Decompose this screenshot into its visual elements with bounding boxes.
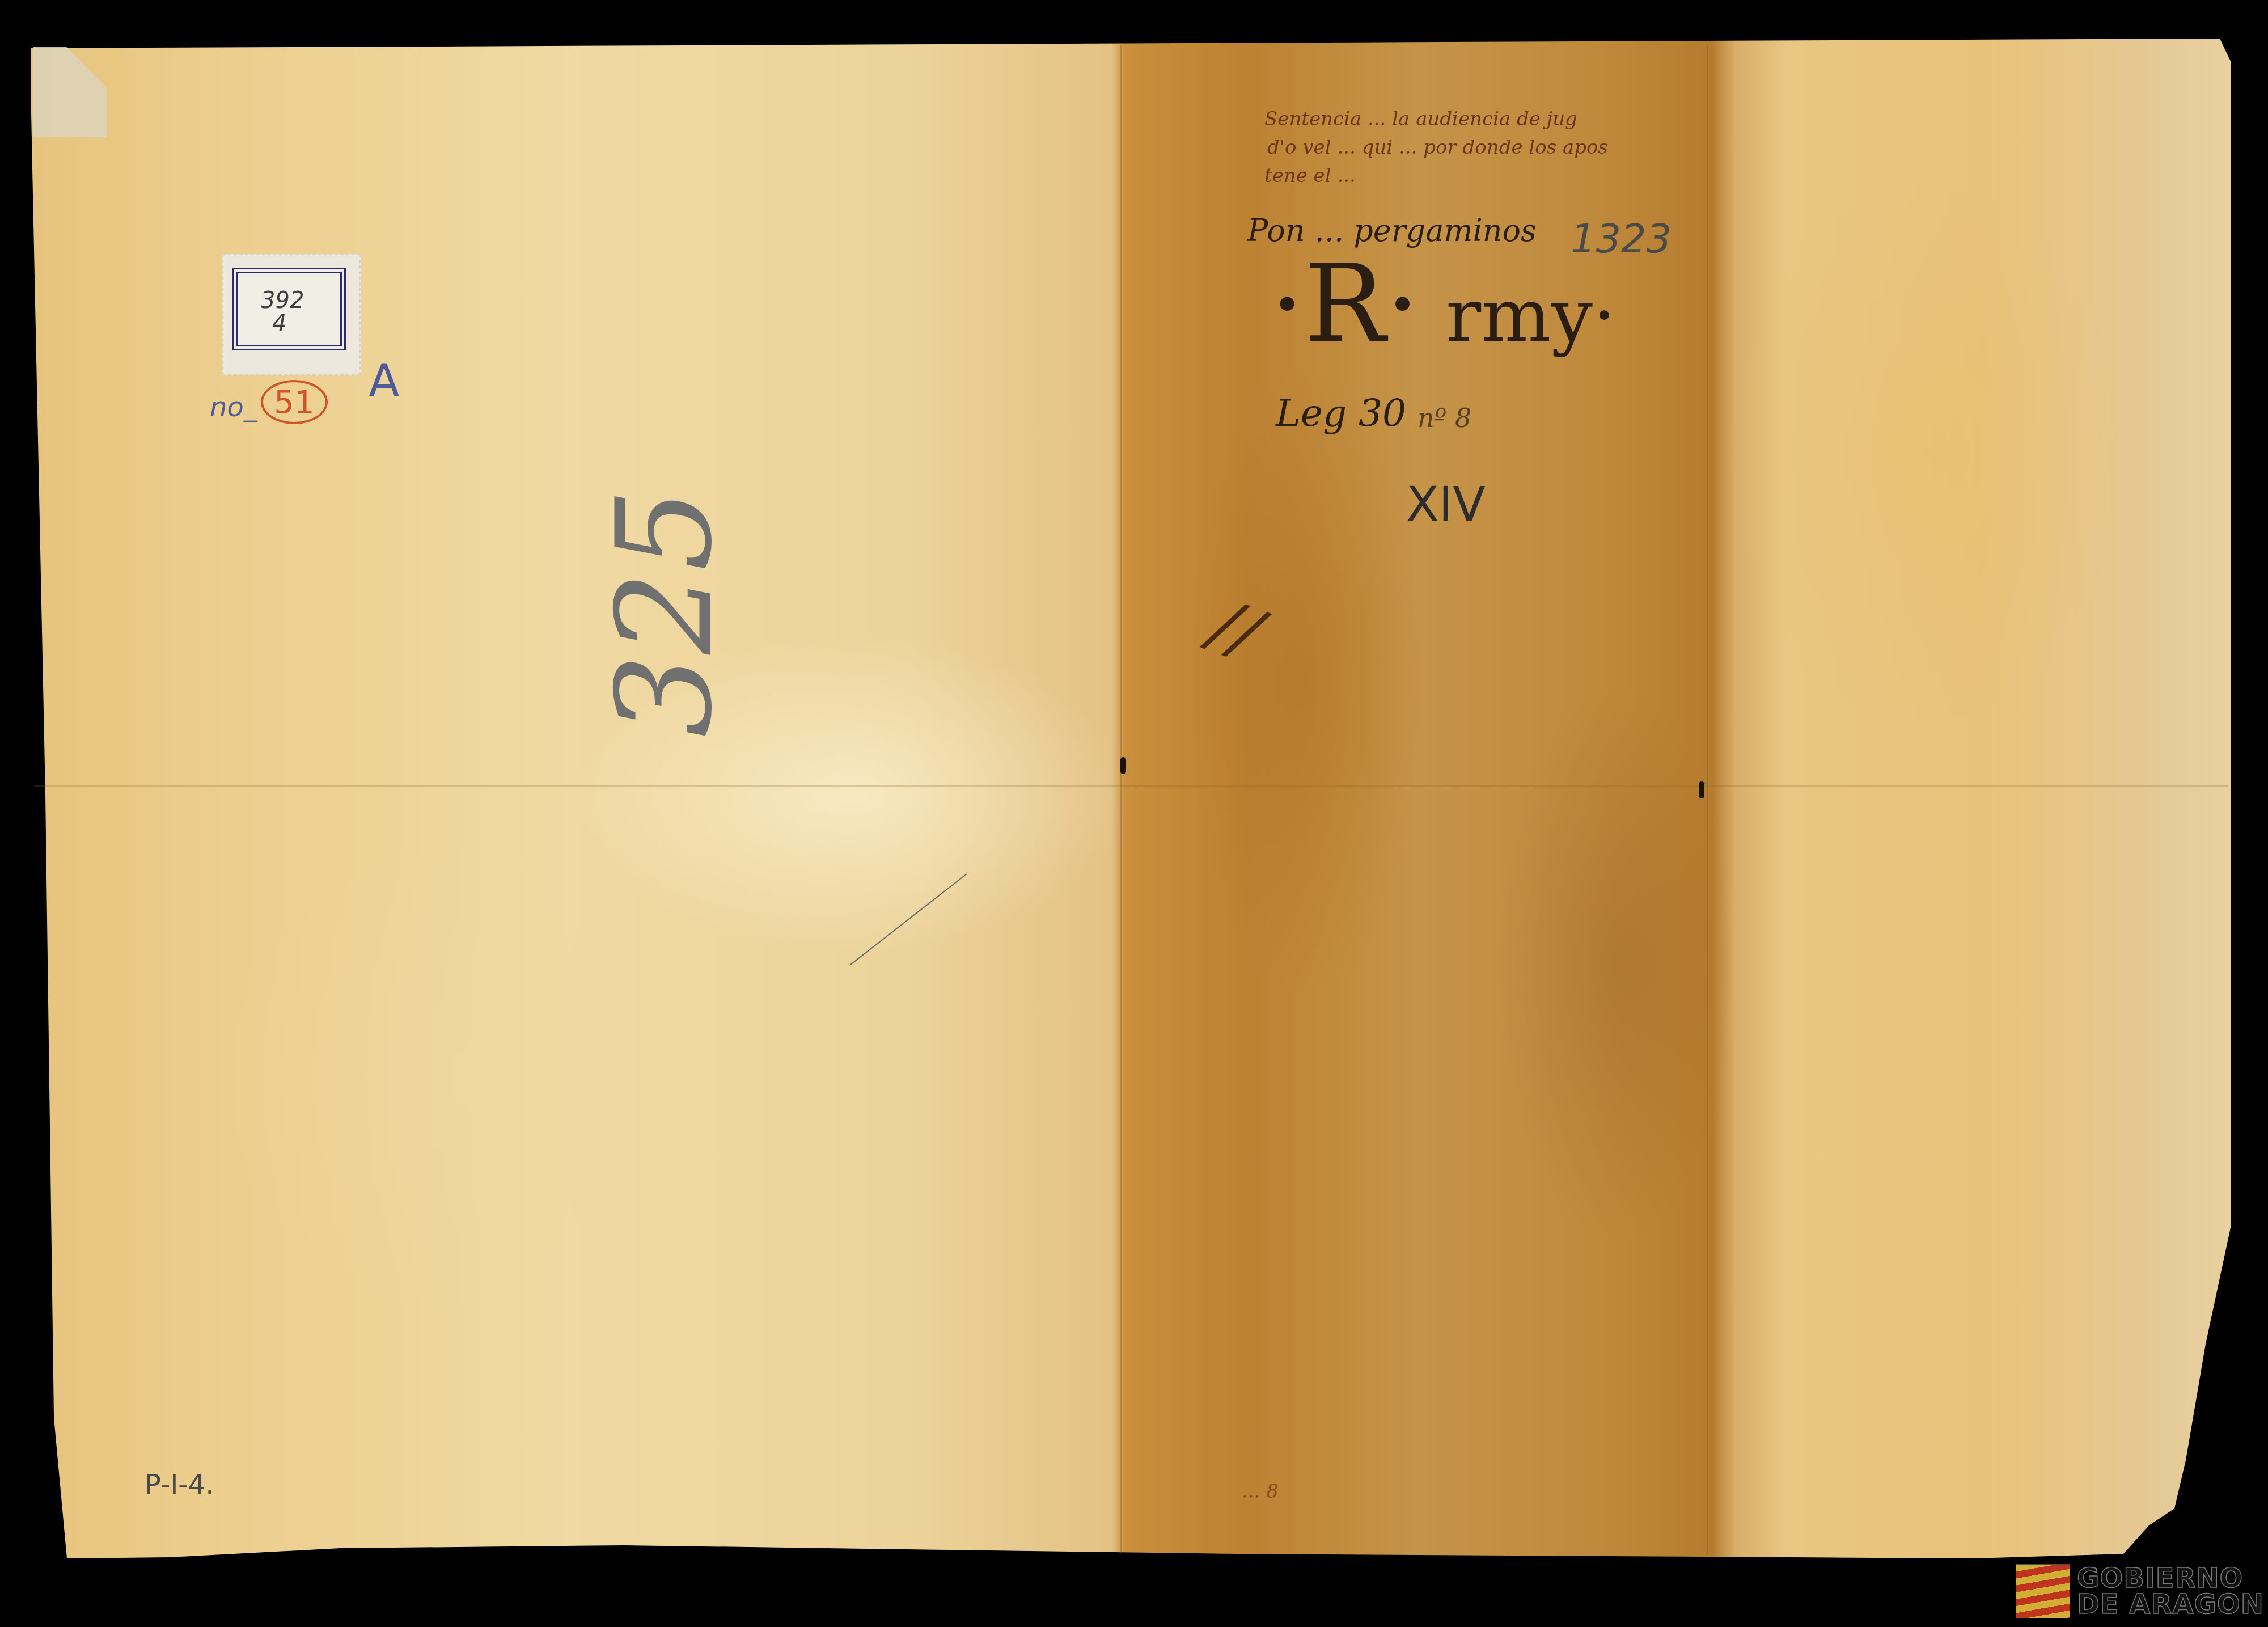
fold-line xyxy=(1707,45,1708,1554)
stamp-number: 392 4 xyxy=(261,289,304,335)
fold-line xyxy=(34,785,2228,787)
rotated-pencil-number: 325 xyxy=(590,488,741,737)
fold-hole xyxy=(1120,757,1126,774)
year-annotation: 1323 xyxy=(1571,215,1672,262)
circled-number: 51 xyxy=(261,380,328,424)
roman-numeral: XIV xyxy=(1406,476,1486,532)
archive-label-stamp: 392 4 xyxy=(222,254,361,375)
bottom-left-signature: P-I-4. xyxy=(145,1469,214,1501)
gobierno-aragon-watermark: GOBIERNO DE ARAGON xyxy=(2016,1564,2264,1618)
medieval-note-line: d'o vel ... qui ... por donde los apos xyxy=(1267,136,1608,159)
fold-hole xyxy=(1699,781,1704,798)
bottom-center-note: ... 8 xyxy=(1242,1480,1279,1503)
medieval-note-line: Sentencia ... la audiencia de jug xyxy=(1264,108,1577,130)
legajo-number: nº 8 xyxy=(1417,403,1471,433)
fold-line xyxy=(1120,45,1122,1554)
stamp-border: 392 4 xyxy=(232,268,346,350)
medieval-note-line: tene el ... xyxy=(1264,164,1356,187)
watermark-text: GOBIERNO DE ARAGON xyxy=(2077,1565,2264,1617)
legajo-label: Leg 30 xyxy=(1276,391,1406,435)
parchment-sheet xyxy=(0,0,2268,1627)
registry-mark-rmy: rmy· xyxy=(1446,272,1616,358)
aragon-flag-icon xyxy=(2016,1564,2070,1618)
number-prefix: no_ xyxy=(210,391,257,423)
registry-mark-r: ·R· xyxy=(1270,241,1420,366)
letter-annotation: A xyxy=(369,354,400,407)
